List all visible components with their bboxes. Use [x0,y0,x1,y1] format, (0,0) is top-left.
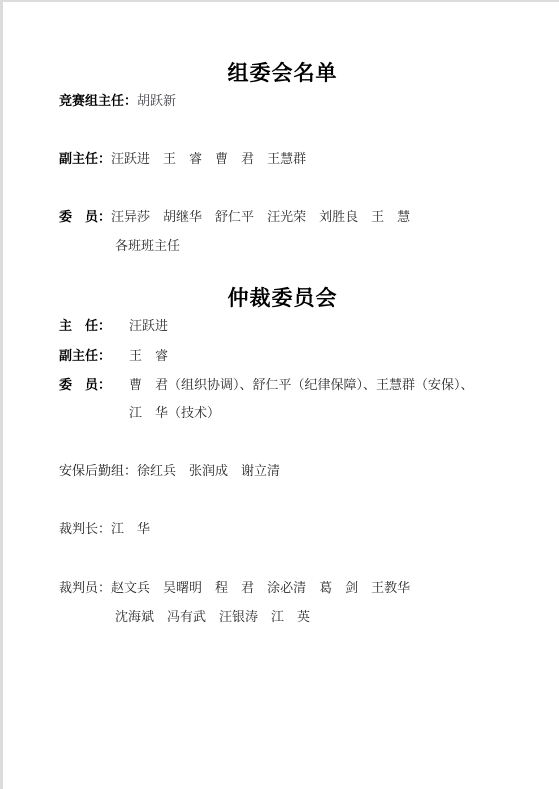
document-page: 组委会名单 竞赛组主任：胡跃新 副主任：汪跃进王 睿曹 君王慧群 委 员：汪异莎… [0,0,559,789]
arbitration-members-continuation: 江 华（技术） [129,405,220,423]
arbitration-director-line: 主 任：汪跃进 [59,318,168,336]
arbitration-deputy-line: 副主任：王 睿 [59,348,168,366]
chief-referee-line: 裁判长：江 华 [59,521,150,539]
arbitration-members-text: 曹 君（组织协调）、舒仁平（纪律保障）、王慧群（安保）、 [129,378,474,393]
chief-referee-label: 裁判长： [59,522,111,537]
deputy-director-name: 王 睿 [163,152,202,167]
logistics-name: 徐红兵 [137,464,176,479]
logistics-line: 安保后勤组：徐红兵张润成谢立清 [59,463,280,481]
deputy-directors-label: 副主任： [59,152,111,167]
arbitration-members-line: 委 员：曹 君（组织协调）、舒仁平（纪律保障）、王慧群（安保）、 [59,377,474,395]
member-name: 汪异莎 [111,210,150,225]
arbitration-director-name: 汪跃进 [129,319,168,334]
referee-name: 沈海斌 [115,610,154,625]
logistics-name: 张润成 [189,464,228,479]
section-title-organizing-committee: 组委会名单 [3,61,559,85]
referee-name: 葛 剑 [319,581,358,596]
chief-referee-name: 江 华 [111,522,150,537]
competition-director-label: 竞赛组主任： [59,94,137,109]
member-name: 汪光荣 [267,210,306,225]
referee-name: 涂必清 [267,581,306,596]
referees-continuation: 沈海斌冯有武汪银涛江 英 [115,609,310,627]
logistics-label: 安保后勤组： [59,464,137,479]
deputy-directors-line: 副主任：汪跃进王 睿曹 君王慧群 [59,151,306,169]
deputy-director-name: 曹 君 [215,152,254,167]
section-title-arbitration-committee: 仲裁委员会 [3,286,559,310]
members-line: 委 员：汪异莎胡继华舒仁平汪光荣刘胜良王 慧 [59,209,410,227]
referee-name: 王教华 [371,581,410,596]
arbitration-director-label: 主 任： [59,318,129,336]
arbitration-deputy-label: 副主任： [59,348,129,366]
member-name: 王 慧 [371,210,410,225]
referee-name: 汪银涛 [219,610,258,625]
referee-name: 吴曙明 [163,581,202,596]
member-name: 刘胜良 [319,210,358,225]
competition-director-line: 竞赛组主任：胡跃新 [59,93,176,111]
referee-name: 冯有武 [167,610,206,625]
referees-label: 裁判员： [59,581,111,596]
referee-name: 赵文兵 [111,581,150,596]
referees-line: 裁判员：赵文兵吴曙明程 君涂必清葛 剑王教华 [59,580,410,598]
members-continuation: 各班班主任 [115,238,180,256]
member-name: 胡继华 [163,210,202,225]
logistics-name: 谢立清 [241,464,280,479]
deputy-director-name: 王慧群 [267,152,306,167]
member-name: 舒仁平 [215,210,254,225]
referee-name: 江 英 [271,610,310,625]
members-label: 委 员： [59,210,111,225]
competition-director-name: 胡跃新 [137,94,176,109]
arbitration-deputy-name: 王 睿 [129,349,168,364]
referee-name: 程 君 [215,581,254,596]
deputy-director-name: 汪跃进 [111,152,150,167]
arbitration-members-label: 委 员： [59,377,129,395]
